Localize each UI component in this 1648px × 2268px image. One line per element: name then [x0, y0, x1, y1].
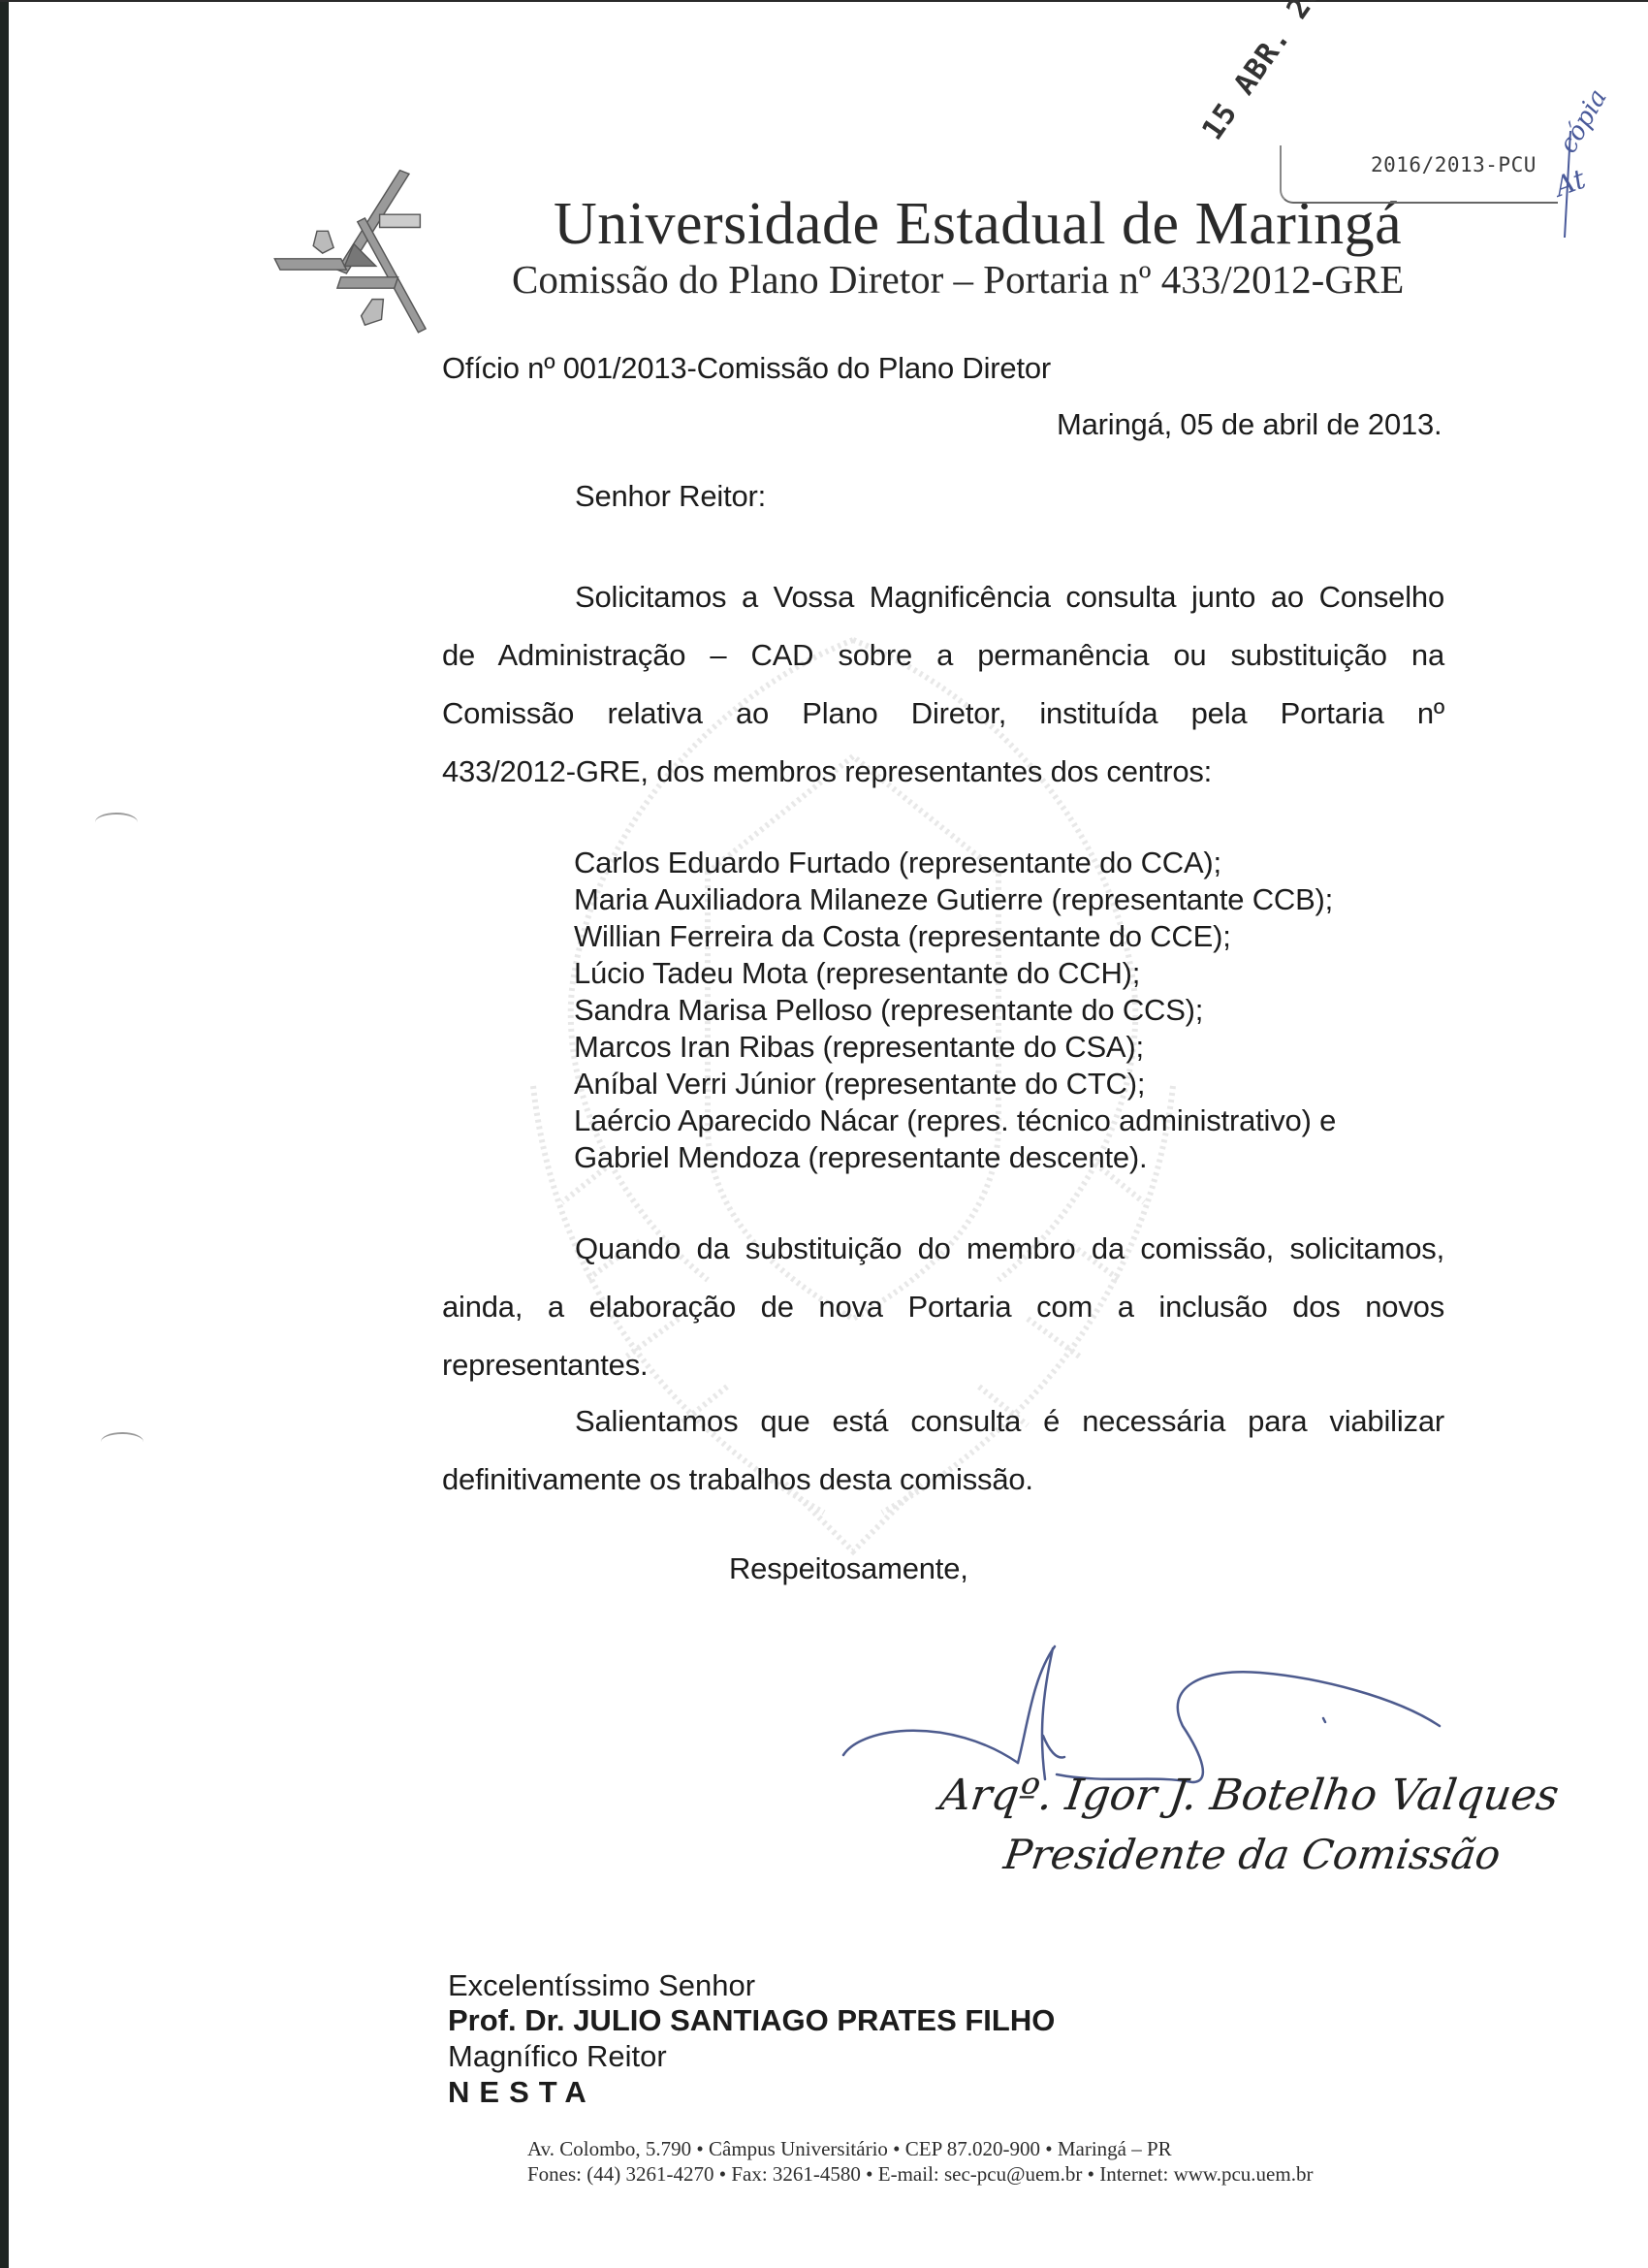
letter-closing: Respeitosamente, [729, 1551, 968, 1586]
footer-contacts: Fones: (44) 3261-4270 • Fax: 3261-4580 •… [527, 2162, 1313, 2187]
committee-subtitle: Comissão do Plano Diretor – Portaria nº … [512, 256, 1404, 303]
letter-salutation: Senhor Reitor: [575, 479, 766, 514]
scan-edge-left [0, 0, 9, 2268]
letter-place-date: Maringá, 05 de abril de 2013. [1057, 407, 1442, 442]
member-list-item: Willian Ferreira da Costa (representante… [574, 919, 1231, 954]
paragraph1-line: Comissão relativa ao Plano Diretor, inst… [442, 696, 1444, 731]
member-list-item: Carlos Eduardo Furtado (representante do… [574, 846, 1221, 880]
addressee-honorific: Excelentíssimo Senhor [448, 1968, 755, 2003]
addressee-location: NESTA [448, 2075, 596, 2110]
signatory-role: Presidente da Comissão [1001, 1831, 1504, 1878]
handwritten-stroke-icon [1551, 126, 1580, 242]
footer-address: Av. Colombo, 5.790 • Câmpus Universitári… [527, 2137, 1172, 2161]
uem-logo-icon [262, 163, 446, 347]
punch-hole-mark [95, 813, 138, 832]
document-page: Universidade Estadual de Maringá Comissã… [0, 0, 1648, 2268]
scan-edge-top [0, 0, 1648, 2]
paragraph3-line: Salientamos que está consulta é necessár… [575, 1404, 1444, 1439]
paragraph1-line: Solicitamos a Vossa Magnificência consul… [575, 580, 1444, 615]
protocol-number: 2016/2013-PCU [1371, 153, 1537, 176]
paragraph2-line: representantes. [442, 1348, 648, 1383]
paragraph2-line: ainda, a elaboração de nova Portaria com… [442, 1290, 1444, 1325]
signatory-name: Arqº. Igor J. Botelho Valques [936, 1771, 1562, 1820]
institution-title: Universidade Estadual de Maringá [554, 190, 1402, 259]
member-list-item: Lúcio Tadeu Mota (representante do CCH); [574, 956, 1140, 991]
paragraph1-line: de Administração – CAD sobre a permanênc… [442, 638, 1444, 673]
addressee-title: Magnífico Reitor [448, 2039, 667, 2074]
addressee-name: Prof. Dr. JULIO SANTIAGO PRATES FILHO [448, 2003, 1055, 2038]
member-list-item: Marcos Iran Ribas (representante do CSA)… [574, 1030, 1144, 1065]
letter-reference: Ofício nº 001/2013-Comissão do Plano Dir… [442, 351, 1051, 386]
paragraph1-line: 433/2012-GRE, dos membros representantes… [442, 754, 1212, 789]
member-list-item: Aníbal Verri Júnior (representante do CT… [574, 1067, 1145, 1102]
member-list-item: Gabriel Mendoza (representante descente)… [574, 1140, 1147, 1175]
member-list-item: Laércio Aparecido Nácar (repres. técnico… [574, 1103, 1336, 1138]
received-date-stamp: 15 ABR. 2013 [1195, 0, 1350, 146]
paragraph3-line: definitivamente os trabalhos desta comis… [442, 1462, 1033, 1497]
punch-hole-mark [101, 1432, 143, 1452]
member-list-item: Maria Auxiliadora Milaneze Gutierre (rep… [574, 882, 1333, 917]
paragraph2-line: Quando da substituição do membro da comi… [575, 1231, 1444, 1266]
member-list-item: Sandra Marisa Pelloso (representante do … [574, 993, 1203, 1028]
